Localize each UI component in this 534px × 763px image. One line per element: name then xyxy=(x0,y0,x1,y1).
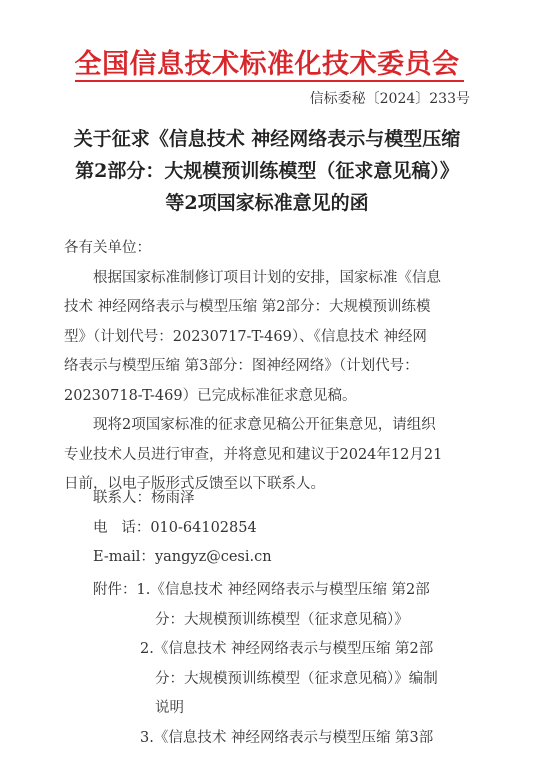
salutation: 各有关单位： xyxy=(64,234,466,264)
letter-body: 各有关单位： 根据国家标准制修订项目计划的安排，国家标准《信息 技术 神经网络表… xyxy=(64,234,466,500)
title-line: 等2项国家标准意见的函 xyxy=(0,187,534,219)
attachment-item: 附件：1.《信息技术 神经网络表示与模型压缩 第2部 xyxy=(93,576,438,606)
contact-email: E-mail：yangyz@cesi.cn xyxy=(93,543,272,573)
attachment-line: 说明 xyxy=(93,694,438,724)
paragraph-line: 型》（计划代号：20230717-T-469）、《信息技术 神经网 xyxy=(64,323,466,353)
attachments-list: 附件：1.《信息技术 神经网络表示与模型压缩 第2部 分：大规模预训练模型（征求… xyxy=(93,576,438,753)
attachment-item: 2.《信息技术 神经网络表示与模型压缩 第2部 xyxy=(93,635,438,665)
email-link[interactable]: yangyz@cesi.cn xyxy=(155,549,272,565)
document-title: 关于征求《信息技术 神经网络表示与模型压缩 第2部分：大规模预训练模型（征求意见… xyxy=(0,123,534,219)
organization-header: 全国信息技术标准化技术委员会 xyxy=(0,42,534,81)
paragraph-line: 根据国家标准制修订项目计划的安排，国家标准《信息 xyxy=(64,264,466,294)
title-line: 关于征求《信息技术 神经网络表示与模型压缩 xyxy=(0,123,534,155)
document-number: 信标委秘〔2024〕233号 xyxy=(310,88,470,108)
document-page: 全国信息技术标准化技术委员会 信标委秘〔2024〕233号 关于征求《信息技术 … xyxy=(0,0,534,763)
paragraph-line: 20230718-T-469）已完成标准征求意见稿。 xyxy=(64,382,466,412)
paragraph-line: 专业技术人员进行审查，并将意见和建议于2024年12月21 xyxy=(64,441,466,471)
contact-block: 联系人：杨雨泽 电 话：010-64102854 E-mail：yangyz@c… xyxy=(93,484,272,573)
paragraph-line: 技术 神经网络表示与模型压缩 第2部分：大规模预训练模 xyxy=(64,293,466,323)
header-divider xyxy=(75,80,464,82)
contact-person: 联系人：杨雨泽 xyxy=(93,484,272,514)
attachment-line: 分：大规模预训练模型（征求意见稿）》编制 xyxy=(93,665,438,695)
paragraph-line: 现将2项国家标准的征求意见稿公开征集意见，请组织 xyxy=(64,411,466,441)
paragraph-line: 络表示与模型压缩 第3部分：图神经网络》（计划代号： xyxy=(64,352,466,382)
contact-phone: 电 话：010-64102854 xyxy=(93,514,272,544)
attachment-line: 分：大规模预训练模型（征求意见稿）》 xyxy=(93,606,438,636)
attachment-item: 3.《信息技术 神经网络表示与模型压缩 第3部 xyxy=(93,724,438,754)
title-line: 第2部分：大规模预训练模型（征求意见稿）》 xyxy=(0,155,534,187)
